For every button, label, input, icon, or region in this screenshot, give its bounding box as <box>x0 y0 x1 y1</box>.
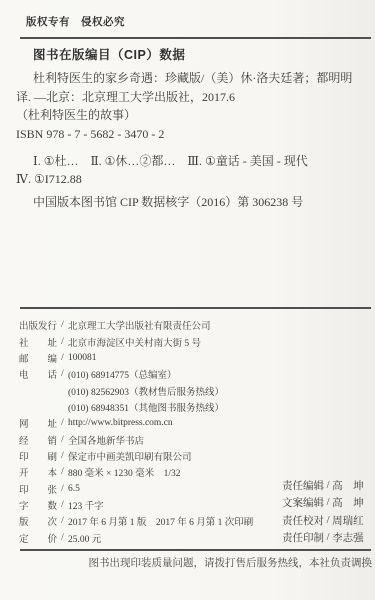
pub-row-phone: 电 话/(010) 68914775（总编室） <box>19 366 253 382</box>
cip-series-title: （杜利特医生的故事） <box>16 106 352 125</box>
pub-row-website: 网 址/http://www.bitpress.com.cn <box>19 415 253 431</box>
copyright-notice: 版权专有 侵权必究 <box>26 14 125 29</box>
pub-row-edition: 版 次/2017 年 6 月第 1 版 2017 年 6 月第 1 次印刷 <box>19 513 253 529</box>
pub-label: 经 销 <box>19 433 57 447</box>
pub-value: 全国各地新华书店 <box>68 433 144 447</box>
editor-separator: / <box>324 480 332 491</box>
pub-row-printer: 印 刷/保定市中画美凯印刷有限公司 <box>19 448 253 464</box>
pub-value-url: http://www.bitpress.com.cn <box>68 418 173 428</box>
pub-label: 邮 编 <box>19 351 57 365</box>
pub-separator: / <box>57 418 68 428</box>
divider-top <box>20 37 371 39</box>
cip-classification-line: Ⅳ. ①I712.88 <box>16 170 308 188</box>
pub-row-price: 定 价/25.00 元 <box>19 529 253 545</box>
pub-row-phone: (010) 82562903（教材售后服务热线） <box>19 382 253 398</box>
editor-row-proofreader: 责任校对 / 周瑞红 <box>282 512 364 529</box>
pub-label: 出版发行 <box>19 318 57 332</box>
editors-column: 责任编辑 / 高 坤 文案编辑 / 高 坤 责任校对 / 周瑞红 责任印制 / … <box>282 477 364 546</box>
pub-row-publisher: 出版发行/北京理工大学出版社有限责任公司 <box>19 317 253 333</box>
pub-separator: / <box>57 320 68 330</box>
pub-row-wordcount: 字 数/123 千字 <box>19 497 253 513</box>
editor-row-print-supervisor: 责任印制 / 李志强 <box>282 529 364 546</box>
pub-label: 字 数 <box>19 498 57 512</box>
cip-classification-line: Ⅰ. ①杜… Ⅱ. ①休…②都… Ⅲ. ①童话 - 美国 - 现代 <box>16 152 308 170</box>
pub-label: 印 张 <box>19 482 57 496</box>
publication-info: 出版发行/北京理工大学出版社有限责任公司 社 址/北京市海淀区中关村南大街 5 … <box>19 317 253 546</box>
pub-separator: / <box>57 435 68 445</box>
editor-label: 责任校对 <box>282 513 324 528</box>
pub-value: 北京市海淀区中关村南大街 5 号 <box>68 335 201 349</box>
pub-value: (010) 68948351（其他图书服务热线） <box>68 400 224 414</box>
quality-service-note: 图书出现印装质量问题，请拨打售后服务热线，本社负责调换 <box>18 555 372 570</box>
pub-value: (010) 68914775（总编室） <box>68 367 176 381</box>
pub-row-distribution: 经 销/全国各地新华书店 <box>19 431 253 447</box>
editor-separator: / <box>324 497 332 508</box>
pub-separator: / <box>57 500 68 510</box>
pub-separator: / <box>57 451 68 461</box>
pub-row-format: 开 本/880 毫米 × 1230 毫米 1/32 <box>19 464 253 480</box>
cip-entry: 杜利特医生的家乡奇遇：珍藏版/（美）休·洛夫廷著；都明明 译. —北京：北京理工… <box>16 69 352 143</box>
pub-value: 6.5 <box>68 484 80 494</box>
pub-row-phone: (010) 68948351（其他图书服务热线） <box>19 399 253 415</box>
editor-separator: / <box>324 515 332 526</box>
pub-value: 100081 <box>68 353 97 363</box>
pub-value: 25.00 元 <box>68 531 101 545</box>
pub-value: 北京理工大学出版社有限责任公司 <box>68 318 211 332</box>
cip-classification: Ⅰ. ①杜… Ⅱ. ①休…②都… Ⅲ. ①童话 - 美国 - 现代 Ⅳ. ①I7… <box>16 152 308 188</box>
pub-row-address: 社 址/北京市海淀区中关村南大街 5 号 <box>19 333 253 349</box>
divider-middle <box>20 307 371 309</box>
pub-separator: / <box>57 369 68 379</box>
copyright-page: 版权专有 侵权必究 图书在版编目（CIP）数据 杜利特医生的家乡奇遇：珍藏版/（… <box>0 0 375 600</box>
editor-label: 责任编辑 <box>282 478 324 493</box>
pub-value: (010) 82562903（教材售后服务热线） <box>68 384 224 398</box>
cip-entry-line: 译. —北京：北京理工大学出版社，2017.6 <box>16 88 352 107</box>
editor-label: 文案编辑 <box>282 495 324 510</box>
editor-label: 责任印制 <box>282 530 324 545</box>
isbn-number: ISBN 978 - 7 - 5682 - 3470 - 2 <box>16 125 352 144</box>
pub-separator: / <box>57 467 68 477</box>
pub-separator: / <box>57 484 68 494</box>
cip-entry-line: 杜利特医生的家乡奇遇：珍藏版/（美）休·洛夫廷著；都明明 <box>16 69 352 88</box>
editor-name: 李志强 <box>332 530 364 545</box>
pub-separator: / <box>57 353 68 363</box>
pub-separator: / <box>57 516 68 526</box>
cip-registry-number: 中国版本图书馆 CIP 数据核字（2016）第 306238 号 <box>33 193 303 210</box>
editor-name: 高 坤 <box>332 478 364 493</box>
cip-heading: 图书在版编目（CIP）数据 <box>33 45 185 63</box>
editor-name: 高 坤 <box>332 495 364 510</box>
pub-value: 2017 年 6 月第 1 版 2017 年 6 月第 1 次印刷 <box>68 514 253 528</box>
pub-label: 开 本 <box>19 465 57 479</box>
editor-row-copy-editor: 文案编辑 / 高 坤 <box>282 494 364 511</box>
pub-row-postcode: 邮 编/100081 <box>19 350 253 366</box>
editor-separator: / <box>324 532 332 543</box>
divider-bottom <box>20 549 371 551</box>
pub-label: 定 价 <box>19 531 57 545</box>
editor-row-responsible-editor: 责任编辑 / 高 坤 <box>282 477 364 494</box>
editor-name: 周瑞红 <box>332 513 364 528</box>
pub-label: 印 刷 <box>19 449 57 463</box>
pub-label: 版 次 <box>19 514 57 528</box>
pub-value: 123 千字 <box>68 498 104 512</box>
pub-value: 保定市中画美凯印刷有限公司 <box>68 449 192 463</box>
pub-value: 880 毫米 × 1230 毫米 1/32 <box>68 465 181 479</box>
pub-row-sheets: 印 张/6.5 <box>19 480 253 496</box>
pub-separator: / <box>57 337 68 347</box>
pub-label: 网 址 <box>19 416 57 430</box>
pub-label: 社 址 <box>19 335 57 349</box>
pub-separator: / <box>57 533 68 543</box>
pub-label: 电 话 <box>19 367 57 381</box>
